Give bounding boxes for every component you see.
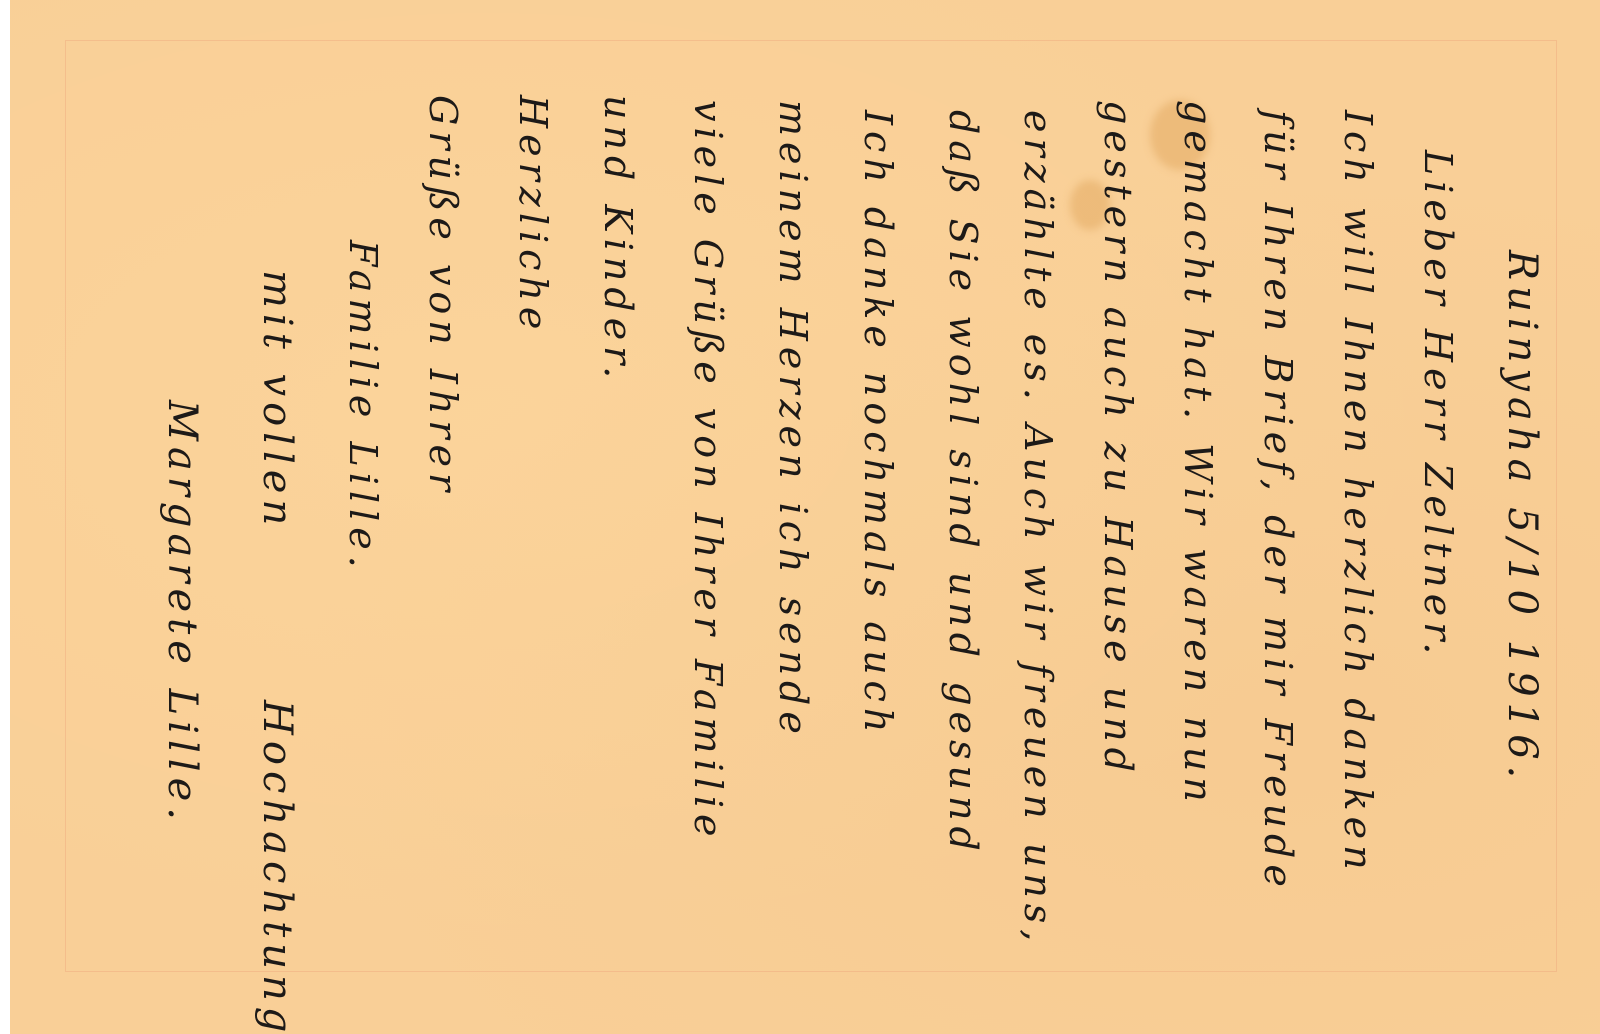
body-line: Ich will Ihnen herzlich danken: [1336, 110, 1380, 876]
body-line: Grüße von Ihrer: [421, 95, 465, 497]
body-line: für Ihren Brief, der mir Freude: [1256, 110, 1300, 893]
body-line: Ich danke nochmals auch: [856, 110, 900, 738]
place-date-line: Ruinyaha 5/10 1916.: [1499, 250, 1545, 784]
body-line: Herzliche: [511, 95, 555, 335]
body-line: meinem Herzen ich sende: [771, 100, 815, 740]
body-line: viele Grüße von Ihrer Familie: [686, 100, 730, 842]
body-line: erzählte es. Auch wir freuen uns,: [1016, 110, 1060, 947]
body-line: Lieber Herr Zeltner.: [1416, 150, 1460, 660]
closing-line: mit vollen: [254, 270, 300, 531]
body-line: Familie Lille.: [341, 240, 385, 574]
signature: Margarete Lille.: [159, 400, 205, 826]
body-line: gestern auch zu Hause und: [1096, 100, 1140, 778]
closing-line: Hochachtung: [254, 700, 300, 1034]
postcard: Ruinyaha 5/10 1916. Lieber Herr Zeltner.…: [10, 0, 1600, 1034]
body-line: und Kinder.: [596, 95, 640, 384]
body-line: daß Sie wohl sind und gesund: [941, 110, 985, 857]
body-line: gemacht hat. Wir waren nun: [1176, 100, 1220, 808]
